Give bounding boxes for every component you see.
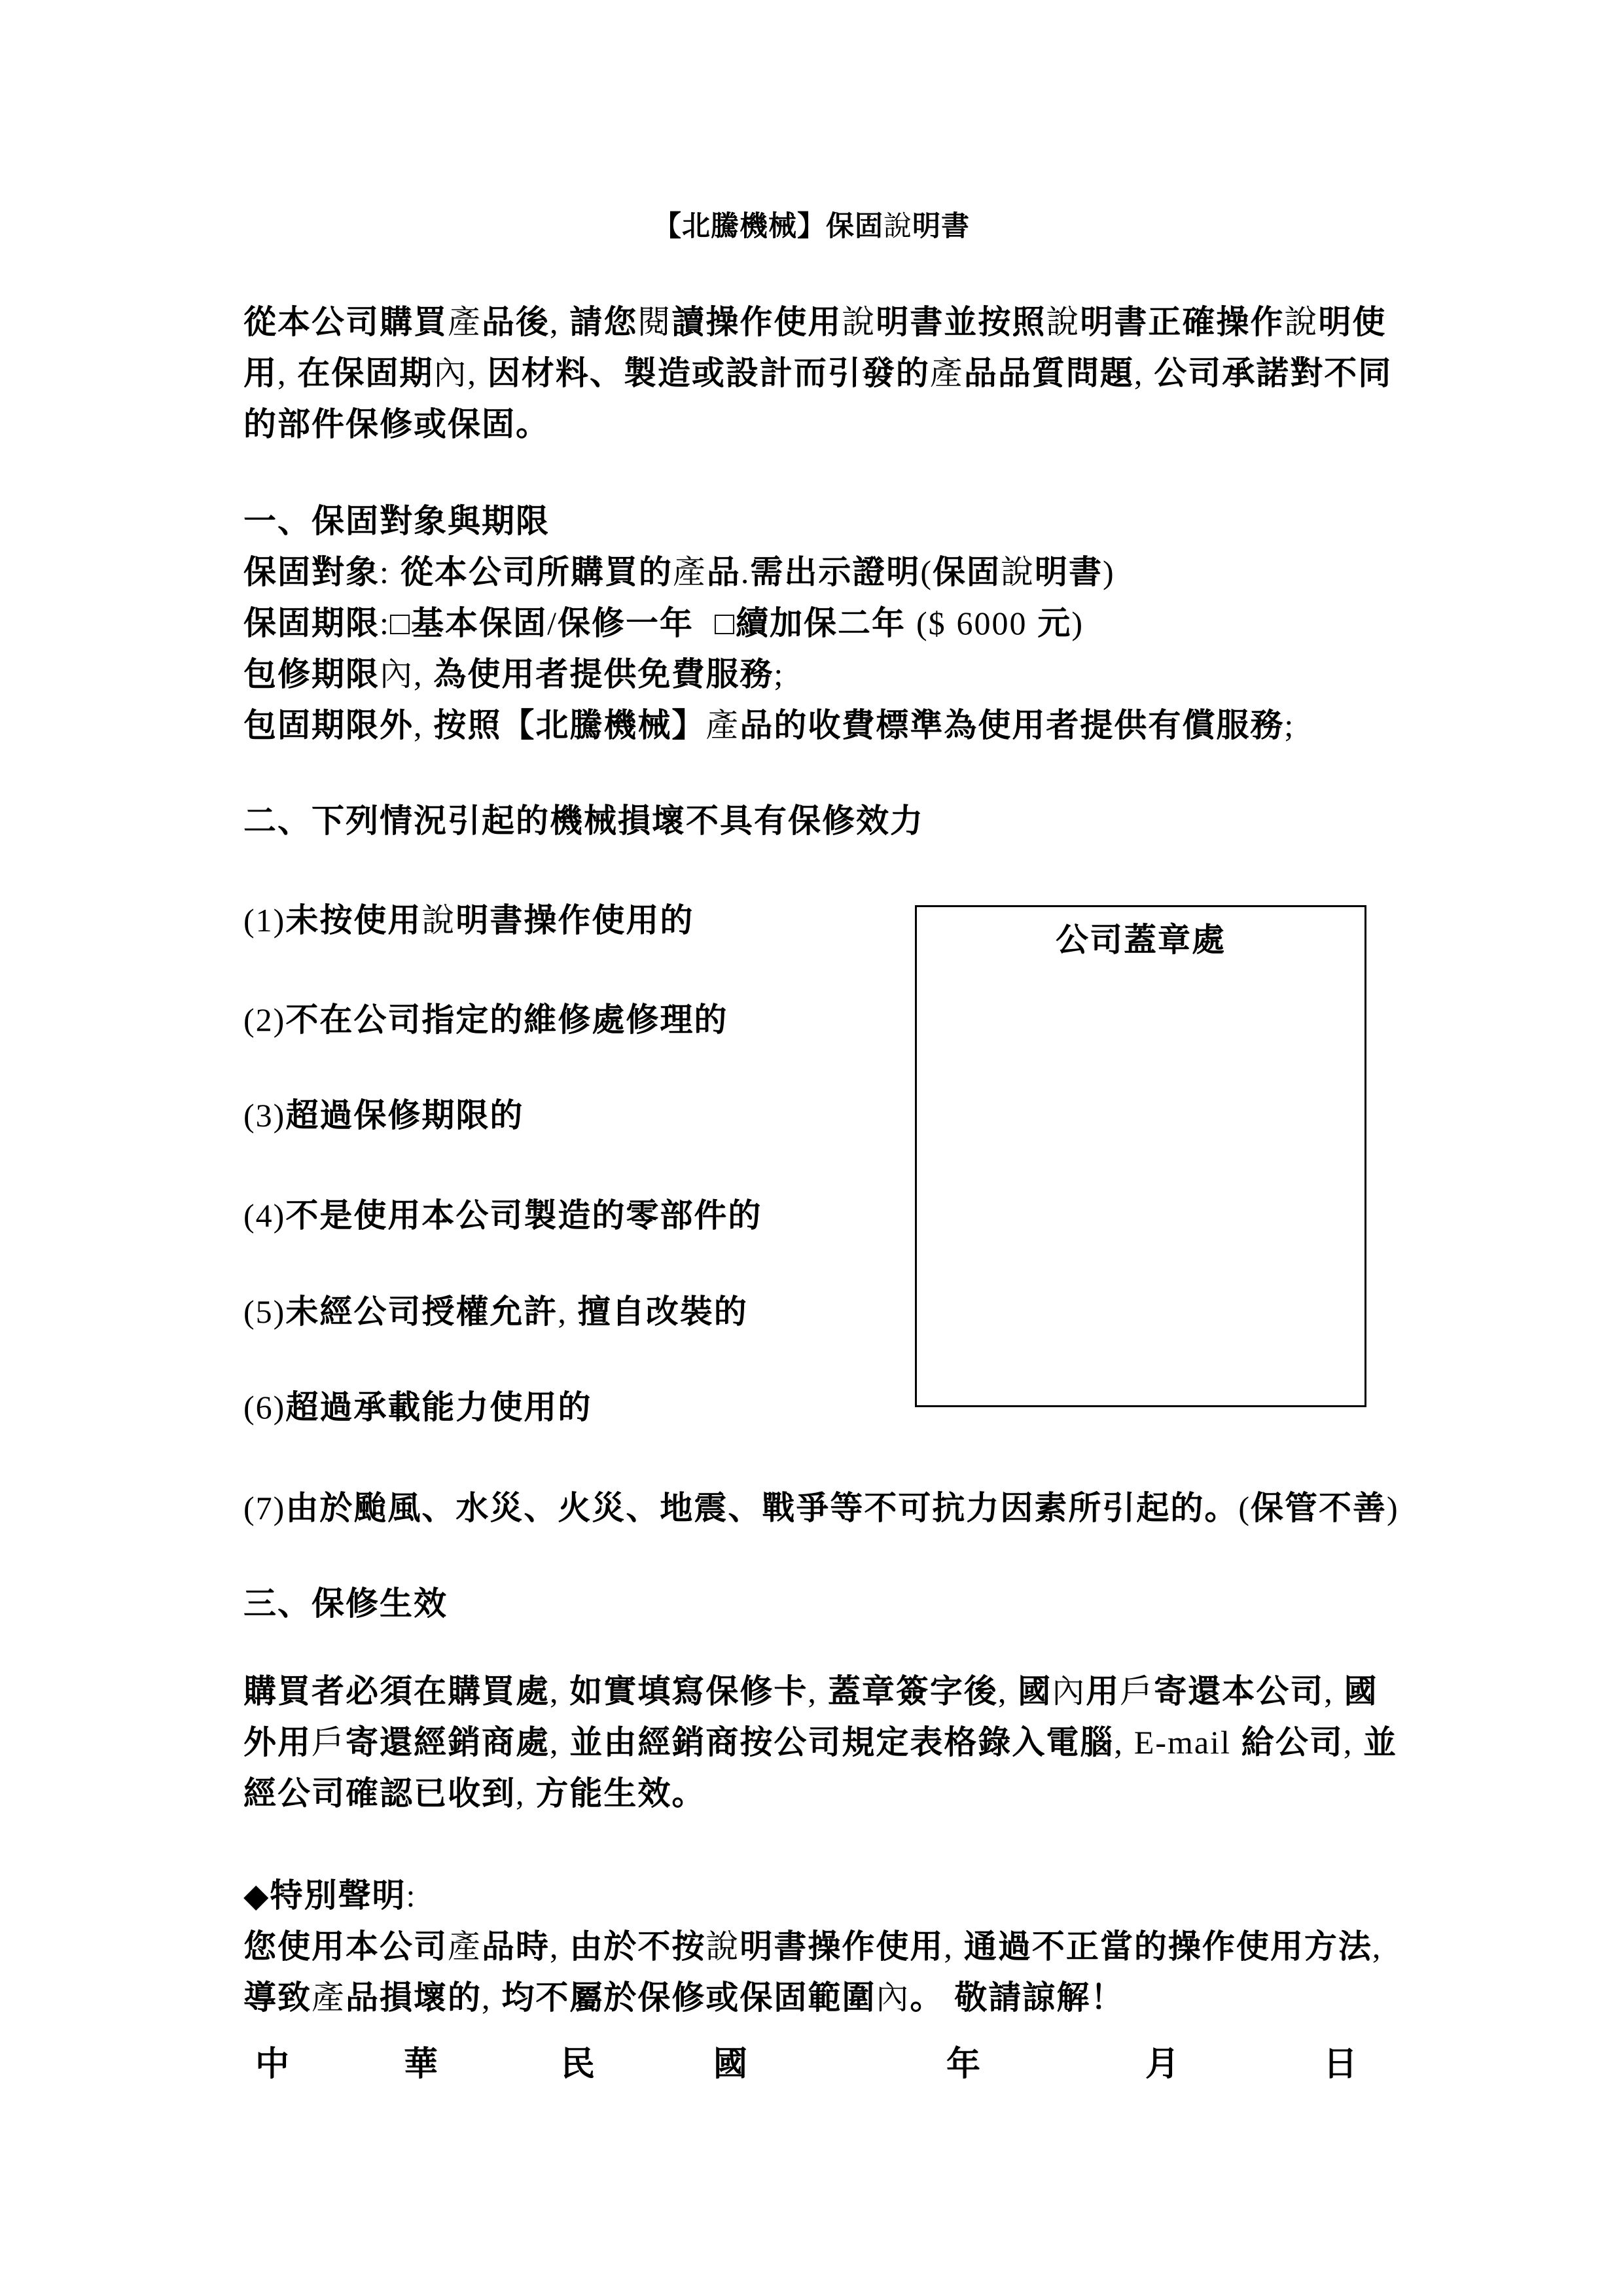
activation-line-3: 經公司確認已收到, 方能生效。 [243,1775,705,1813]
special-note-line-2: 導致產品損壞的, 均不屬於保修或保固範圍內。 敬請諒解！ [243,1979,1124,2017]
exclusion-item-5: (5)未經公司授權允許, 擅自改裝的 [243,1293,748,1331]
date-char-guo: 國 [713,2046,747,2083]
exclusion-item-3: (3)超過保修期限的 [243,1097,524,1135]
date-char-min: 民 [561,2046,595,2083]
section1-heading: 一、保固對象與期限 [243,503,550,541]
date-char-hua: 華 [404,2046,438,2083]
exclusion-item-7: (7)由於颱風、水災、火災、地震、戰爭等不可抗力因素所引起的。(保管不善) [243,1490,1399,1528]
exclusion-item-1: (1)未按使用說明書操作使用的 [243,902,694,940]
intro-line-3: 的部件保修或保固。 [243,406,550,444]
special-note-heading: ◆特別聲明: [243,1877,416,1915]
warranty-target-line: 保固對象: 從本公司所購買的產品.需出示證明(保固說明書) [243,554,1115,592]
activation-line-2: 外用戶寄還經銷商處, 並由經銷商按公司規定表格錄入電腦, E-mail 給公司,… [243,1724,1397,1762]
date-char-zhong: 中 [255,2046,289,2083]
intro-line-1: 從本公司購買產品後, 請您閱讀操作使用說明書並按照說明書正確操作說明使 [243,304,1386,342]
warranty-period-line: 保固期限:□基本保固/保修一年 □續加保二年 ($ 6000 元) [243,605,1084,643]
exclusion-item-6: (6)超過承載能力使用的 [243,1389,592,1427]
date-char-day: 日 [1323,2046,1357,2083]
section2-heading: 二、下列情況引起的機械損壞不具有保修效力 [243,802,924,840]
date-char-month: 月 [1145,2046,1179,2083]
exclusion-item-2: (2)不在公司指定的維修處修理的 [243,1001,728,1039]
stamp-box-label: 公司蓋章處 [917,922,1364,960]
company-stamp-box: 公司蓋章處 [915,905,1366,1407]
activation-line-1: 購買者必須在購買處, 如實填寫保修卡, 蓋章簽字後, 國內用戶寄還本公司, 國 [243,1673,1378,1711]
intro-line-2: 用, 在保固期內, 因材料、製造或設計而引發的產品品質問題, 公司承諾對不同 [243,355,1392,393]
document-page: 【北騰機械】保固說明書 從本公司購買產品後, 請您閱讀操作使用說明書並按照說明書… [0,0,1623,2296]
exclusion-item-4: (4)不是使用本公司製造的零部件的 [243,1197,762,1235]
page-title: 【北騰機械】保固說明書 [0,211,1623,243]
in-warranty-line: 包修期限內, 為使用者提供免費服務; [243,656,784,694]
special-note-line-1: 您使用本公司產品時, 由於不按說明書操作使用, 通過不正當的操作使用方法, [243,1928,1382,1966]
out-warranty-line: 包固期限外, 按照【北騰機械】產品的收費標準為使用者提供有償服務; [243,707,1294,745]
date-char-year: 年 [946,2046,980,2083]
section3-heading: 三、保修生效 [243,1585,448,1623]
